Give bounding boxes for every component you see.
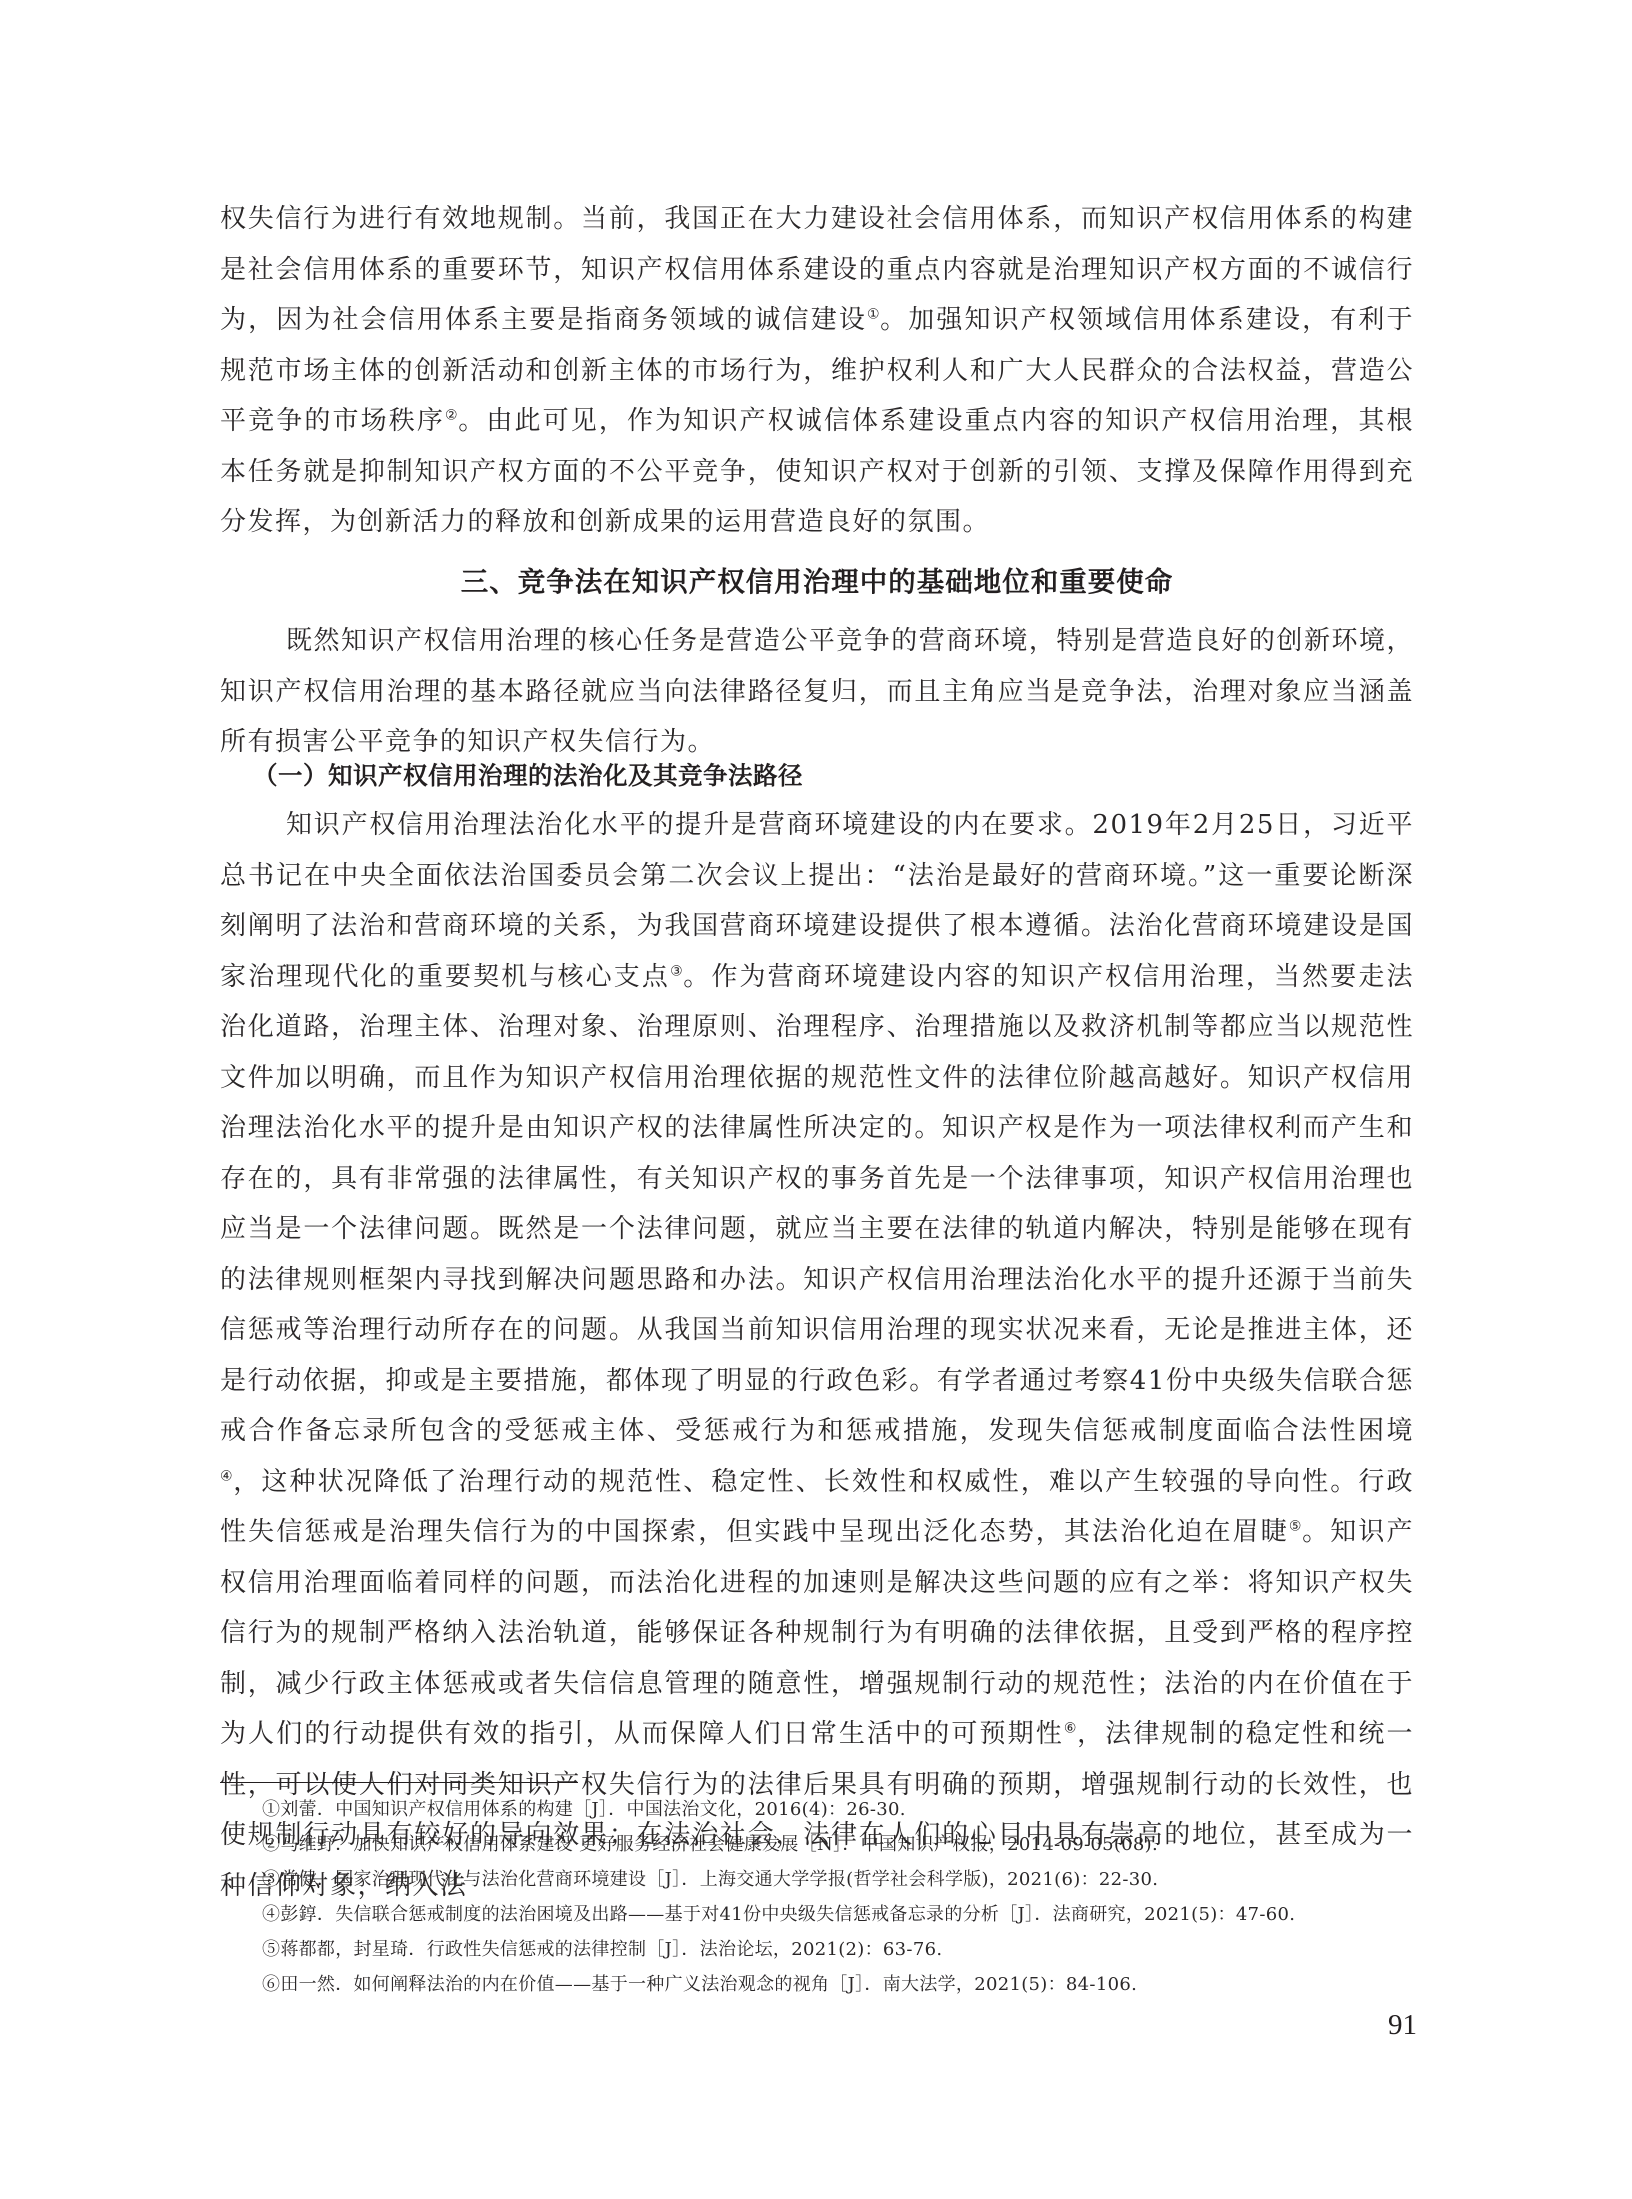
paragraph-continued: 权失信行为进行有效地规制。当前，我国正在大力建设社会信用体系，而知识产权信用体系… [220, 194, 1414, 548]
footnote-item: ①刘蕾．中国知识产权信用体系的构建［J］．中国法治文化，2016(4)：26-3… [262, 1792, 1412, 1827]
footnote-marker: ② [262, 1834, 280, 1855]
footnote-marker: ① [262, 1799, 280, 1820]
footnote-item: ⑤蒋都都，封星琦．行政性失信惩戒的法律控制［J］．法治论坛，2021(2)：63… [262, 1932, 1412, 1967]
footnotes-list: ①刘蕾．中国知识产权信用体系的构建［J］．中国法治文化，2016(4)：26-3… [262, 1792, 1412, 2002]
main-paragraph: 知识产权信用治理法治化水平的提升是营商环境建设的内在要求。2019年2月25日，… [220, 800, 1414, 1911]
footnote-text: 刘蕾．中国知识产权信用体系的构建［J］．中国法治文化，2016(4)：26-30… [280, 1799, 905, 1820]
section-heading: 三、竞争法在知识产权信用治理中的基础地位和重要使命 [220, 562, 1414, 602]
footnote-item: ②马维野．加快知识产权信用体系建设 更好服务经济社会健康发展［N］．中国知识产权… [262, 1827, 1412, 1862]
footnote-marker: ⑤ [262, 1939, 280, 1960]
footnote-marker: ⑥ [262, 1974, 280, 1995]
page-number: 91 [1337, 2005, 1417, 2045]
footnote-text: 蒋都都，封星琦．行政性失信惩戒的法律控制［J］．法治论坛，2021(2)：63-… [280, 1939, 942, 1960]
text-segment: 。知识产权信用治理面临着同样的问题，而法治化进程的加速则是解决这些问题的应有之举… [220, 1517, 1414, 1749]
text-segment: 。作为营商环境建设内容的知识产权信用治理，当然要走法治化道路，治理主体、治理对象… [220, 962, 1414, 1447]
intro-paragraph: 既然知识产权信用治理的核心任务是营造公平竞争的营商环境，特别是营造良好的创新环境… [220, 616, 1414, 768]
footnote-text: 田一然．如何阐释法治的内在价值——基于一种广义法治观念的视角［J］．南大法学，2… [280, 1974, 1137, 1995]
footnote-item: ③常健．国家治理现代化与法治化营商环境建设［J］．上海交通大学学报(哲学社会科学… [262, 1862, 1412, 1897]
footnote-ref-5[interactable]: ⑤ [1289, 1518, 1302, 1534]
footnote-marker: ④ [262, 1904, 280, 1925]
footnote-ref-1[interactable]: ① [867, 306, 880, 322]
text-segment: ，这种状况降低了治理行动的规范性、稳定性、长效性和权威性，难以产生较强的导向性。… [220, 1467, 1414, 1548]
footnote-ref-6[interactable]: ⑥ [1064, 1720, 1077, 1736]
footnote-marker: ③ [262, 1869, 280, 1890]
footnote-divider [220, 1782, 578, 1783]
footnote-item: ⑥田一然．如何阐释法治的内在价值——基于一种广义法治观念的视角［J］．南大法学，… [262, 1967, 1412, 2002]
footnote-text: 常健．国家治理现代化与法治化营商环境建设［J］．上海交通大学学报(哲学社会科学版… [280, 1869, 1158, 1890]
footnote-text: 彭錞．失信联合惩戒制度的法治困境及出路——基于对41份中央级失信惩戒备忘录的分析… [280, 1904, 1295, 1925]
footnote-ref-4[interactable]: ④ [220, 1468, 233, 1484]
footnote-ref-3[interactable]: ③ [670, 963, 683, 979]
footnote-item: ④彭錞．失信联合惩戒制度的法治困境及出路——基于对41份中央级失信惩戒备忘录的分… [262, 1897, 1412, 1932]
footnote-ref-2[interactable]: ② [445, 407, 458, 423]
footnote-text: 马维野．加快知识产权信用体系建设 更好服务经济社会健康发展［N］．中国知识产权报… [280, 1834, 1158, 1855]
subsection-heading: （一）知识产权信用治理的法治化及其竞争法路径 [253, 756, 803, 796]
